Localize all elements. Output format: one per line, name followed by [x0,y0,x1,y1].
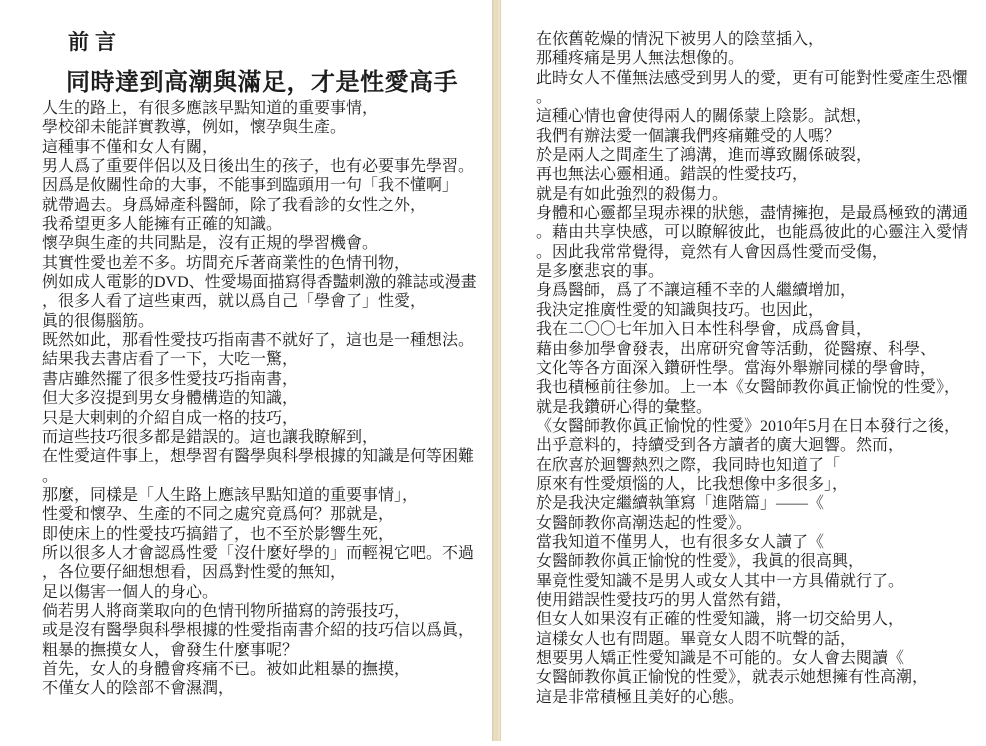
preface-heading: 前言 [68,30,122,54]
preface-subtitle: 同時達到高潮與滿足，才是性愛高手 [66,69,458,97]
page-right: 在依舊乾燥的情況下被男人的陰莖插入， 那種疼痛是男人無法想像的。 此時女人不僅無… [501,0,986,746]
page-left: 前言 同時達到高潮與滿足，才是性愛高手 人生的路上，有很多應該早點知道的重要事情… [0,0,492,746]
right-page-text: 在依舊乾燥的情況下被男人的陰莖插入， 那種疼痛是男人無法想像的。 此時女人不僅無… [536,30,984,707]
left-page-text: 人生的路上，有很多應該早點知道的重要事情， 學校卻未能詳實教導，例如，懷孕與生產… [42,99,490,699]
book-spread: 前言 同時達到高潮與滿足，才是性愛高手 人生的路上，有很多應該早點知道的重要事情… [0,0,986,746]
book-gutter-divider [492,0,501,741]
